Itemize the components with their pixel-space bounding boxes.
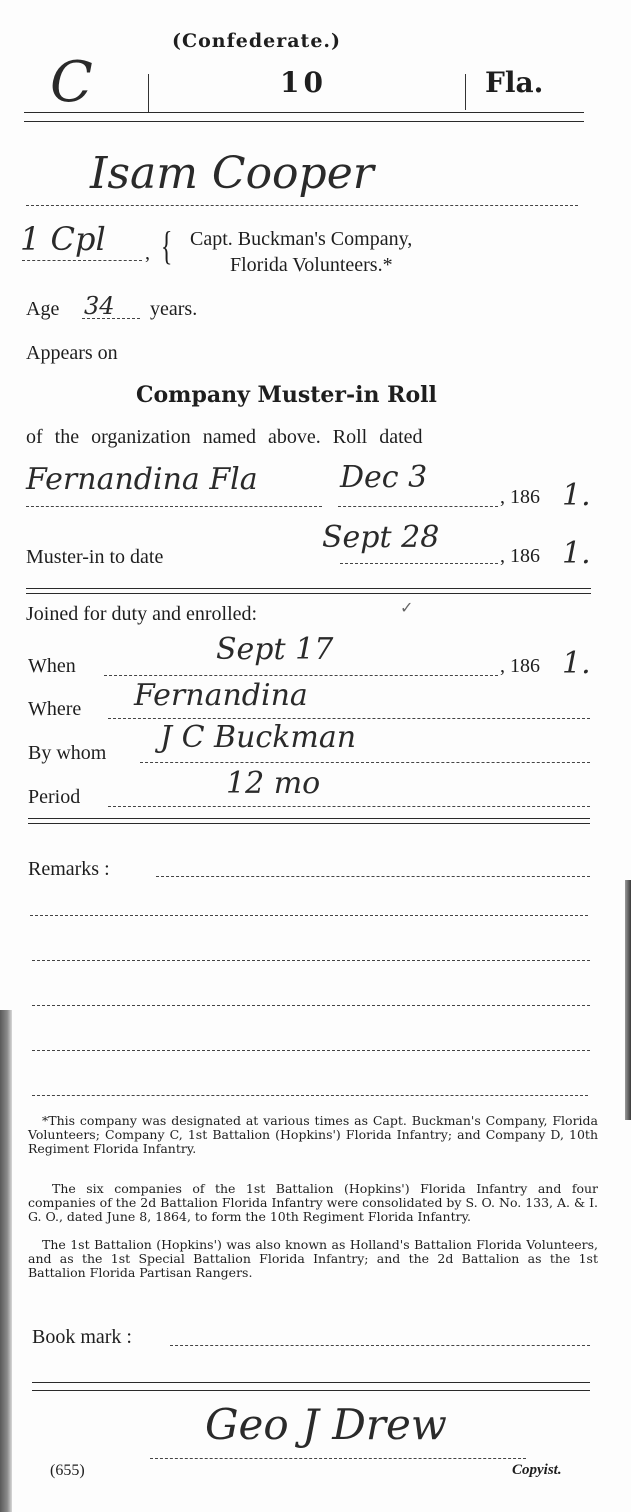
age-value: 34: [84, 292, 115, 320]
period-value: 12 mo: [226, 766, 320, 801]
bookmark-rule-b: [32, 1390, 590, 1391]
when-label: When: [28, 655, 76, 678]
unit-line-2: Florida Volunteers.*: [230, 254, 393, 277]
copyist-label: Copyist.: [512, 1462, 562, 1479]
by-whom-label: By whom: [28, 742, 106, 765]
check-mark-icon: ✓: [400, 598, 413, 617]
when-year-digit: 1.: [562, 646, 591, 681]
section-rule-2a: [28, 818, 590, 819]
remarks-line-6[interactable]: [32, 1095, 588, 1096]
when-year-prefix: , 186: [500, 655, 540, 678]
bookmark-rule-a: [32, 1382, 590, 1383]
roll-dated-place-line: [26, 506, 322, 507]
remarks-line-2[interactable]: [30, 915, 588, 916]
roll-dated-date-line: [338, 506, 498, 507]
section-rule-2b: [28, 823, 590, 824]
muster-in-date: Sept 28: [322, 520, 439, 555]
unit-line-1: Capt. Buckman's Company,: [190, 228, 412, 251]
age-suffix: years.: [150, 298, 197, 321]
regiment-number: 10: [280, 66, 327, 99]
header-rule-bottom: [24, 121, 584, 122]
rank-line: [22, 260, 142, 261]
muster-in-line: [340, 563, 498, 564]
soldier-rank: 1 Cpl: [20, 220, 106, 258]
footnote-1: *This company was designated at various …: [28, 1114, 598, 1156]
unit-brace: {: [161, 222, 173, 269]
name-line: [26, 205, 578, 206]
header-rule-top: [24, 112, 584, 113]
period-line: [108, 806, 590, 807]
remarks-line-4[interactable]: [32, 1005, 590, 1006]
bookmark-line[interactable]: [170, 1345, 590, 1346]
header-divider-2: [465, 74, 466, 110]
section-rule-1b: [26, 593, 591, 594]
period-label: Period: [28, 786, 80, 809]
remarks-line-3[interactable]: [32, 960, 590, 961]
where-label: Where: [28, 698, 81, 721]
where-line: [108, 718, 590, 719]
section-rule-1a: [26, 588, 591, 589]
by-whom-value: J C Buckman: [160, 720, 356, 755]
roll-dated-place: Fernandina Fla: [26, 462, 258, 497]
organization-text: of the organization named above. Roll da…: [26, 426, 591, 449]
state-label: Fla.: [485, 66, 543, 99]
muster-year-digit: 1.: [562, 536, 591, 571]
soldier-name: Isam Cooper: [90, 148, 374, 199]
roll-type-title: Company Muster-in Roll: [136, 382, 437, 408]
age-line: [82, 318, 140, 319]
muster-year-prefix: , 186: [500, 545, 540, 568]
when-line: [104, 675, 498, 676]
remarks-label: Remarks :: [28, 858, 110, 881]
by-whom-line: [140, 762, 590, 763]
appears-on-label: Appears on: [26, 342, 118, 365]
copyist-signature: Geo J Drew: [205, 1400, 447, 1449]
form-number: (655): [50, 1462, 85, 1480]
roll-dated-date: Dec 3: [340, 460, 427, 495]
age-label: Age: [26, 298, 59, 321]
scan-edge-right: [625, 880, 631, 1120]
scan-edge-left: [0, 1010, 12, 1512]
bookmark-label: Book mark :: [32, 1326, 132, 1349]
roll-dated-year-prefix: , 186: [500, 486, 540, 509]
when-value: Sept 17: [216, 632, 333, 667]
muster-in-label: Muster-in to date: [26, 546, 163, 569]
remarks-line-1[interactable]: [156, 876, 590, 877]
remarks-line-5[interactable]: [32, 1050, 590, 1051]
roll-dated-year-digit: 1.: [562, 478, 591, 513]
classification-heading: (Confederate.): [172, 30, 341, 52]
company-letter: C: [50, 50, 93, 115]
footnote-2: The six companies of the 1st Battalion (…: [28, 1182, 598, 1224]
signature-line: [150, 1458, 526, 1459]
header-divider-1: [148, 74, 149, 112]
where-value: Fernandina: [134, 678, 308, 713]
footnote-3: The 1st Battalion (Hopkins') was also kn…: [28, 1238, 598, 1280]
rank-comma: ,: [145, 242, 150, 265]
enrolled-heading: Joined for duty and enrolled:: [26, 603, 257, 626]
